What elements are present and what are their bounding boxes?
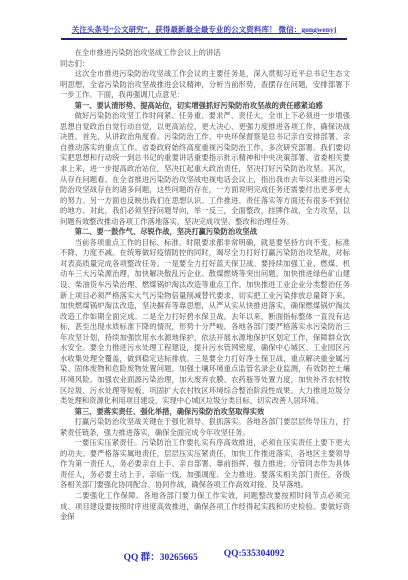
paragraph-intro: 这次全市推进污染防治攻坚战工作会议的主要任务是，深入贯彻习近平总书记生态文明思想…	[60, 69, 350, 101]
document-page: 关注头条号“公文研究”，获得最新最全最专业的公文资料库！ 微信：gongweny…	[0, 0, 408, 580]
document-body: 在全市推进污染防治攻坚战工作会议上的讲话 同志们： 这次全市推进污染防治攻坚战工…	[60, 48, 350, 523]
paragraph-responsibility: 一要压实压紧责任。污染防治工作要扎实有序高效推进，必须在压实责任上要下更大的功夫…	[60, 438, 350, 491]
heading-second: 第二、要一鼓作气、尽锐作战，坚决打赢污染防治攻坚战	[60, 227, 350, 238]
heading-first: 第一、要认清形势、提高站位，切实增强抓好污染防治攻坚战的责任感紧迫感	[60, 101, 350, 112]
paragraph-second-section: 当前各项重点工作的目标、标准、时限要求都非常明确，就是要坚持方向不变、标准不降、…	[60, 238, 350, 407]
qq-number: QQ:535304092	[224, 549, 285, 563]
qq-group-number: QQ 群：30265665	[124, 549, 198, 563]
paragraph-first-section: 做好污染防治攻坚工作时间紧、任务重、要求严、责任大，全市上下必须进一步增强思想自…	[60, 111, 350, 227]
header-banner-text: 关注头条号“公文研究”，获得最新最全最专业的公文资料库！ 微信：gongweny…	[72, 25, 337, 34]
heading-third: 第三、要落实责任、强化举措，确保污染防治攻坚取得实效	[60, 407, 350, 418]
footer-contacts: QQ 群：30265665 QQ:535304092	[0, 549, 408, 563]
page-title: 在全市推进污染防治攻坚战工作会议上的讲话	[60, 48, 350, 59]
salutation: 同志们：	[60, 59, 350, 70]
paragraph-support-truncated: 二要强化工作保障。各地各部门要力保工作实效，问题整改要按照时间节点必须完成、项目…	[60, 491, 350, 523]
header-banner: 关注头条号“公文研究”，获得最新最全最专业的公文资料库！ 微信：gongweny…	[61, 25, 347, 40]
paragraph-third-intro: 打赢污染防治攻坚战关键在于强化领导、狠抓落实。各地各部门要层层传导压力，拧紧责任…	[60, 417, 350, 438]
